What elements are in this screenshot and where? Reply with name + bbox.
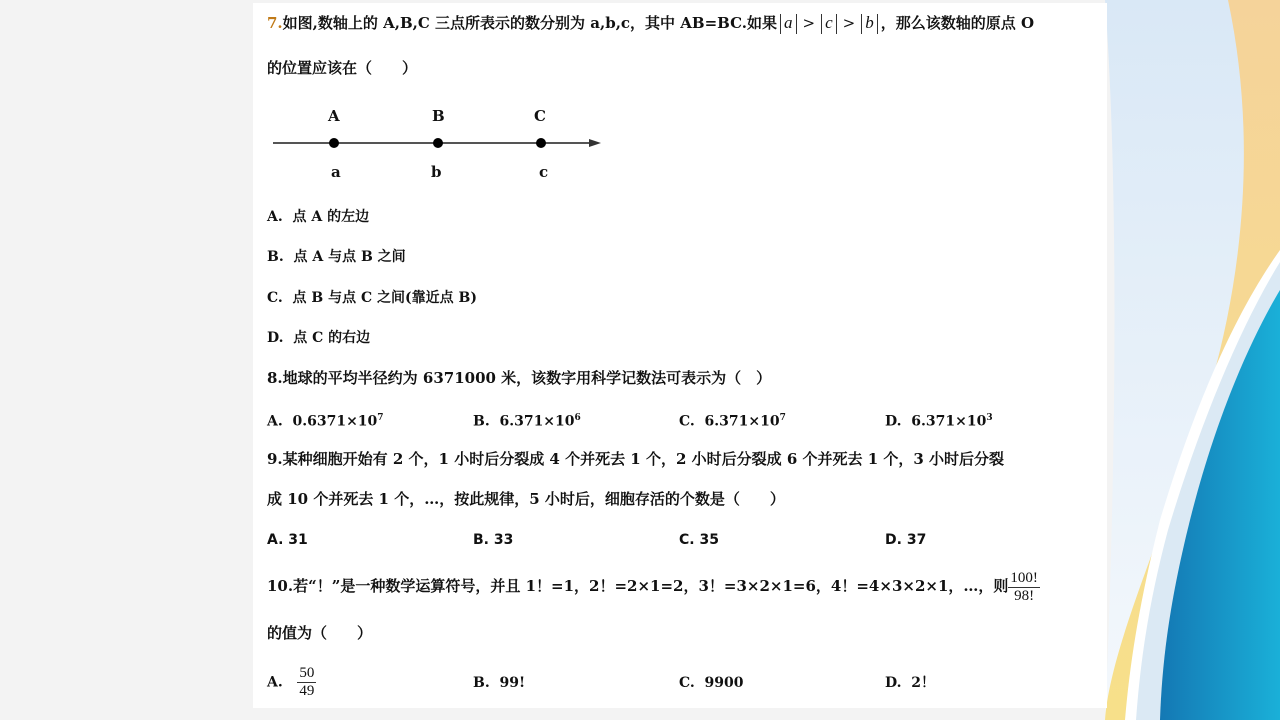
q10-option-c: C. 9900: [679, 673, 744, 693]
abs-c: c: [825, 13, 833, 32]
q9-option-a: A. 31: [267, 530, 308, 550]
point-a-value: a: [331, 163, 341, 181]
abs-a: a: [784, 13, 793, 32]
q8-option-a: A. 0.6371×107: [267, 408, 384, 432]
q10-fraction: 100!98!: [1008, 570, 1040, 605]
question-panel: 7.如图,数轴上的 A,B,C 三点所表示的数分别为 a,b,c，其中 AB=B…: [253, 3, 1107, 708]
q10-option-a: A. 5049: [267, 665, 316, 700]
q7-option-a: A. 点 A 的左边: [267, 207, 369, 227]
point-B-label: B: [432, 107, 445, 125]
q8-question: 8.地球的平均半径约为 6371000 米，该数字用科学记数法可表示为（ ）: [267, 368, 771, 388]
q7-number: 7.: [267, 14, 283, 32]
q9-line2: 成 10 个并死去 1 个，…，按此规律，5 小时后，细胞存活的个数是（ ）: [267, 489, 785, 509]
gt-sign: >: [803, 14, 816, 32]
q10-option-d: D. 2！: [885, 673, 935, 693]
q7-line2: 的位置应该在（ ）: [267, 58, 417, 78]
q7-option-c: C. 点 B 与点 C 之间(靠近点 B): [267, 288, 477, 308]
q7-option-d: D. 点 C 的右边: [267, 328, 370, 348]
q9-option-d: D. 37: [885, 530, 926, 550]
point-c-value: c: [539, 163, 548, 181]
q8-option-c: C. 6.371×107: [679, 408, 786, 432]
q7-option-b: B. 点 A 与点 B 之间: [267, 247, 406, 267]
q9-option-b: B. 33: [473, 530, 513, 550]
q9-line1: 9.某种细胞开始有 2 个，1 小时后分裂成 4 个并死去 1 个，2 小时后分…: [267, 449, 1004, 469]
point-A-label: A: [328, 107, 340, 125]
q7-line1: 7.如图,数轴上的 A,B,C 三点所表示的数分别为 a,b,c，其中 AB=B…: [267, 13, 1034, 34]
q10-option-b: B. 99!: [473, 673, 525, 693]
point-C-label: C: [534, 107, 546, 125]
q8-option-b: B. 6.371×106: [473, 408, 581, 432]
q10-line1: 10.若“！”是一种数学运算符号，并且 1！=1，2！=2×1=2，3！=3×2…: [267, 568, 1040, 605]
abs-b: b: [865, 13, 874, 32]
point-b-value: b: [431, 163, 442, 181]
gt-sign: >: [843, 14, 856, 32]
q7-text-b: ，那么该数轴的原点 O: [881, 14, 1034, 32]
q9-option-c: C. 35: [679, 530, 719, 550]
q10-line2: 的值为（ ）: [267, 623, 372, 643]
q7-text-a: 如图,数轴上的 A,B,C 三点所表示的数分别为 a,b,c，其中 AB=BC.…: [283, 14, 777, 32]
q8-option-d: D. 6.371×103: [885, 408, 993, 432]
